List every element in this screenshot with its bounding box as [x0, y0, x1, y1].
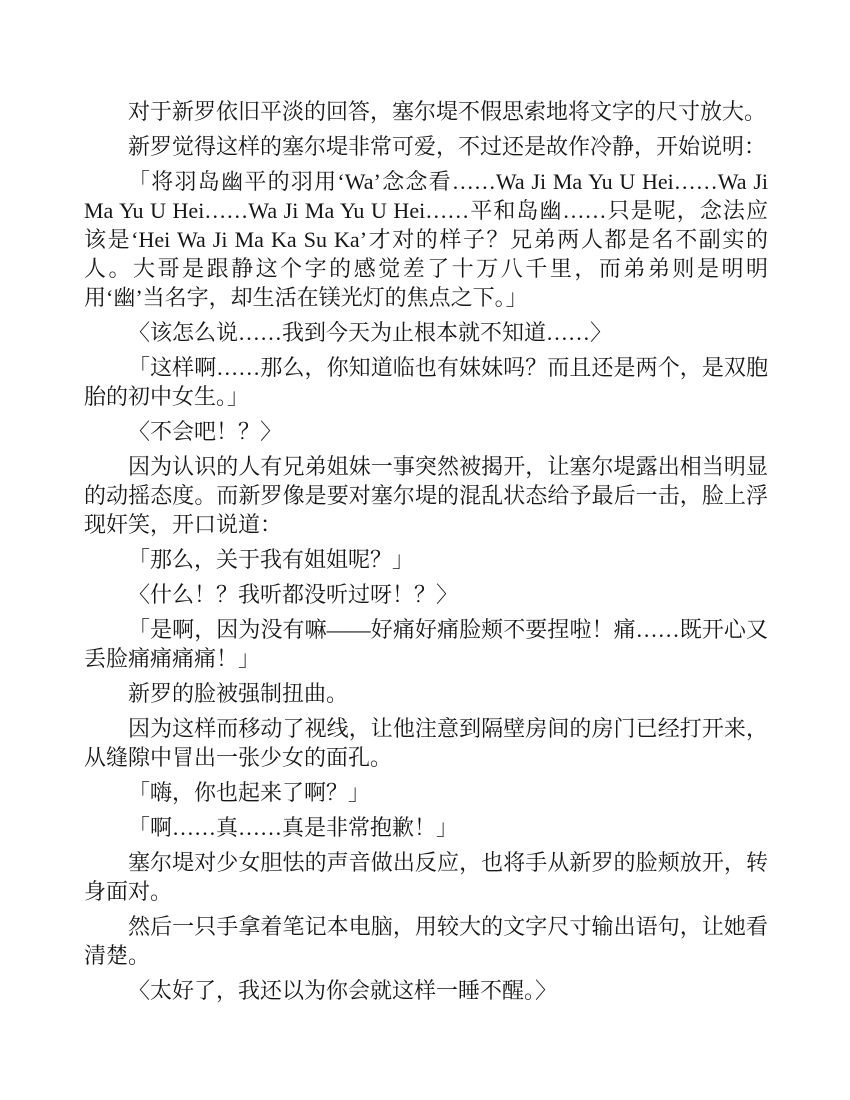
paragraph: 新罗的脸被强制扭曲。: [84, 679, 768, 708]
text-content: 对于新罗依旧平淡的回答，塞尔堤不假思索地将文字的尺寸放大。 新罗觉得这样的塞尔堤…: [0, 0, 850, 1005]
paragraph: 因为认识的人有兄弟姐妹一事突然被揭开，让塞尔堤露出相当明显的动摇态度。而新罗像是…: [84, 452, 768, 539]
paragraph: 「将羽岛幽平的羽用‘Wa’念念看……Wa Ji Ma Yu U Hei……Wa …: [84, 167, 768, 312]
document-page: 对于新罗依旧平淡的回答，塞尔堤不假思索地将文字的尺寸放大。 新罗觉得这样的塞尔堤…: [0, 0, 850, 1100]
paragraph: 对于新罗依旧平淡的回答，塞尔堤不假思索地将文字的尺寸放大。: [84, 97, 768, 126]
paragraph: 〈什么！？我听都没听过呀！？〉: [84, 580, 768, 609]
paragraph: 〈该怎么说……我到今天为止根本就不知道……〉: [84, 318, 768, 347]
paragraph: 〈太好了，我还以为你会就这样一睡不醒。〉: [84, 976, 768, 1005]
paragraph: 「那么，关于我有姐姐呢？」: [84, 545, 768, 574]
paragraph: 因为这样而移动了视线，让他注意到隔壁房间的房门已经打开来，从缝隙中冒出一张少女的…: [84, 714, 768, 772]
paragraph: 然后一只手拿着笔记本电脑，用较大的文字尺寸输出语句，让她看清楚。: [84, 912, 768, 970]
paragraph: 「嗨，你也起来了啊？」: [84, 778, 768, 807]
paragraph: 新罗觉得这样的塞尔堤非常可爱，不过还是故作冷静，开始说明：: [84, 132, 768, 161]
paragraph: 「这样啊……那么，你知道临也有妹妹吗？而且还是两个，是双胞胎的初中女生。」: [84, 353, 768, 411]
paragraph: 「啊……真……真是非常抱歉！」: [84, 813, 768, 842]
paragraph: 「是啊，因为没有嘛——好痛好痛脸颊不要捏啦！痛……既开心又丢脸痛痛痛痛！」: [84, 615, 768, 673]
paragraph: 塞尔堤对少女胆怯的声音做出反应，也将手从新罗的脸颊放开，转身面对。: [84, 848, 768, 906]
paragraph: 〈不会吧！？〉: [84, 417, 768, 446]
